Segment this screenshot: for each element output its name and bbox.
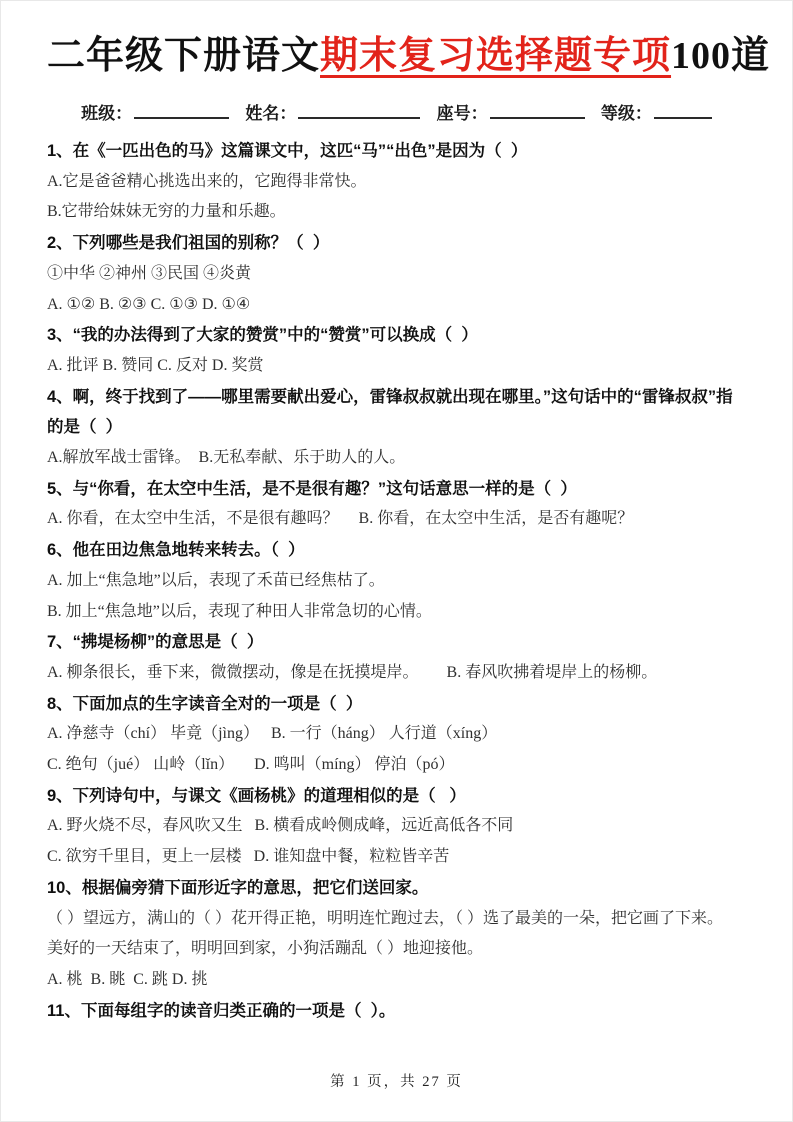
page-title: 二年级下册语文期末复习选择题专项100道 bbox=[47, 27, 746, 85]
question-3: 3、“我的办法得到了大家的赞赏”中的“赞赏”可以换成（ ） A. 批评 B. 赞… bbox=[47, 320, 746, 381]
question-3-options: A. 批评 B. 赞同 C. 反对 D. 奖赏 bbox=[47, 351, 746, 382]
question-list: 1、在《一匹出色的马》这篇课文中，这匹“马”“出色”是因为（ ） A.它是爸爸精… bbox=[47, 136, 746, 1026]
question-7-options: A. 柳条很长，垂下来，微微摆动，像是在抚摸堤岸。 B. 春风吹拂着堤岸上的杨柳… bbox=[47, 658, 746, 689]
name-label: 姓名： bbox=[245, 104, 296, 123]
question-8: 8、下面加点的生字读音全对的一项是（ ） A. 净慈寺（chí） 毕竟（jìng… bbox=[47, 689, 746, 781]
question-6-text: 6、他在田边焦急地转来转去。（ ） bbox=[47, 535, 746, 566]
question-5: 5、与“你看，在太空中生活，是不是很有趣？”这句话意思一样的是（ ） A. 你看… bbox=[47, 474, 746, 535]
worksheet-page: 二年级下册语文期末复习选择题专项100道 班级： 姓名： 座号： 等级： 1、在… bbox=[0, 0, 793, 1122]
question-2: 2、下列哪些是我们祖国的别称？（ ） ①中华 ②神州 ③民国 ④炎黄 A. ①②… bbox=[47, 228, 746, 320]
question-1: 1、在《一匹出色的马》这篇课文中，这匹“马”“出色”是因为（ ） A.它是爸爸精… bbox=[47, 136, 746, 228]
page-number-text: 第 1 页，共 27 页 bbox=[330, 1074, 463, 1090]
question-10-sentence-1: （ ）望远方，满山的（ ）花开得正艳，明明连忙跑过去，（ ）选了最美的一朵，把它… bbox=[47, 904, 746, 935]
question-9: 9、下列诗句中，与课文《画杨桃》的道理相似的是（ ） A. 野火烧不尽，春风吹又… bbox=[47, 781, 746, 873]
question-10-text: 10、根据偏旁猜下面形近字的意思，把它们送回家。 bbox=[47, 873, 746, 904]
question-4-options: A.解放军战士雷锋。 B.无私奉献、乐于助人的人。 bbox=[47, 443, 746, 474]
seat-label: 座号： bbox=[437, 104, 488, 123]
question-1-text: 1、在《一匹出色的马》这篇课文中，这匹“马”“出色”是因为（ ） bbox=[47, 136, 746, 167]
question-2-items: ①中华 ②神州 ③民国 ④炎黄 bbox=[47, 259, 746, 290]
question-7: 7、“拂堤杨柳”的意思是（ ） A. 柳条很长，垂下来，微微摆动，像是在抚摸堤岸… bbox=[47, 627, 746, 688]
title-highlight-text: 期末复习选择题专项 bbox=[320, 35, 671, 77]
class-label: 班级： bbox=[81, 104, 132, 123]
seat-field: 座号： bbox=[437, 104, 585, 123]
question-9-options-cd: C. 欲穷千里目，更上一层楼 D. 谁知盘中餐，粒粒皆辛苦 bbox=[47, 842, 746, 873]
question-2-options: A. ①② B. ②③ C. ①③ D. ①④ bbox=[47, 290, 746, 321]
seat-blank bbox=[490, 104, 585, 119]
grade-blank bbox=[654, 104, 712, 119]
question-2-text: 2、下列哪些是我们祖国的别称？（ ） bbox=[47, 228, 746, 259]
page-footer: 第 1 页，共 27 页 bbox=[1, 1070, 792, 1091]
question-3-text: 3、“我的办法得到了大家的赞赏”中的“赞赏”可以换成（ ） bbox=[47, 320, 746, 351]
name-blank bbox=[298, 104, 420, 119]
name-field: 姓名： bbox=[245, 104, 420, 123]
question-10-sentence-2: 美好的一天结束了，明明回到家，小狗活蹦乱（ ）地迎接他。 bbox=[47, 934, 746, 965]
question-9-text: 9、下列诗句中，与课文《画杨桃》的道理相似的是（ ） bbox=[47, 781, 746, 812]
question-8-options-ab: A. 净慈寺（chí） 毕竟（jìng） B. 一行（háng） 人行道（xín… bbox=[47, 719, 746, 750]
question-9-options-ab: A. 野火烧不尽，春风吹又生 B. 横看成岭侧成峰，远近高低各不同 bbox=[47, 811, 746, 842]
title-right-text: 100道 bbox=[671, 35, 770, 77]
question-10: 10、根据偏旁猜下面形近字的意思，把它们送回家。 （ ）望远方，满山的（ ）花开… bbox=[47, 873, 746, 996]
class-blank bbox=[134, 104, 229, 119]
question-7-text: 7、“拂堤杨柳”的意思是（ ） bbox=[47, 627, 746, 658]
question-5-text: 5、与“你看，在太空中生活，是不是很有趣？”这句话意思一样的是（ ） bbox=[47, 474, 746, 505]
question-8-options-cd: C. 绝句（jué） 山岭（lǐn） D. 鸣叫（míng） 停泊（pó） bbox=[47, 750, 746, 781]
question-4-text: 4、啊，终于找到了——哪里需要献出爱心，雷锋叔叔就出现在哪里。”这句话中的“雷锋… bbox=[47, 382, 746, 443]
student-info-line: 班级： 姓名： 座号： 等级： bbox=[47, 101, 746, 127]
question-1-option-b: B.它带给妹妹无穷的力量和乐趣。 bbox=[47, 197, 746, 228]
question-6: 6、他在田边焦急地转来转去。（ ） A. 加上“焦急地”以后，表现了禾苗已经焦枯… bbox=[47, 535, 746, 627]
question-5-options: A. 你看，在太空中生活，不是很有趣吗？ B. 你看，在太空中生活，是否有趣呢？ bbox=[47, 504, 746, 535]
class-field: 班级： bbox=[81, 104, 229, 123]
question-4: 4、啊，终于找到了——哪里需要献出爱心，雷锋叔叔就出现在哪里。”这句话中的“雷锋… bbox=[47, 382, 746, 474]
page-content: 二年级下册语文期末复习选择题专项100道 班级： 姓名： 座号： 等级： 1、在… bbox=[1, 27, 792, 1026]
question-6-option-a: A. 加上“焦急地”以后，表现了禾苗已经焦枯了。 bbox=[47, 566, 746, 597]
question-1-option-a: A.它是爸爸精心挑选出来的，它跑得非常快。 bbox=[47, 167, 746, 198]
question-6-option-b: B. 加上“焦急地”以后，表现了种田人非常急切的心情。 bbox=[47, 597, 746, 628]
question-10-options: A. 桃 B. 眺 C. 跳 D. 挑 bbox=[47, 965, 746, 996]
question-8-text: 8、下面加点的生字读音全对的一项是（ ） bbox=[47, 689, 746, 720]
title-left-text: 二年级下册语文 bbox=[47, 35, 320, 77]
question-11-text: 11、下面每组字的读音归类正确的一项是（ ）。 bbox=[47, 996, 746, 1027]
grade-field: 等级： bbox=[601, 104, 712, 123]
grade-label: 等级： bbox=[601, 104, 652, 123]
question-11: 11、下面每组字的读音归类正确的一项是（ ）。 bbox=[47, 996, 746, 1027]
